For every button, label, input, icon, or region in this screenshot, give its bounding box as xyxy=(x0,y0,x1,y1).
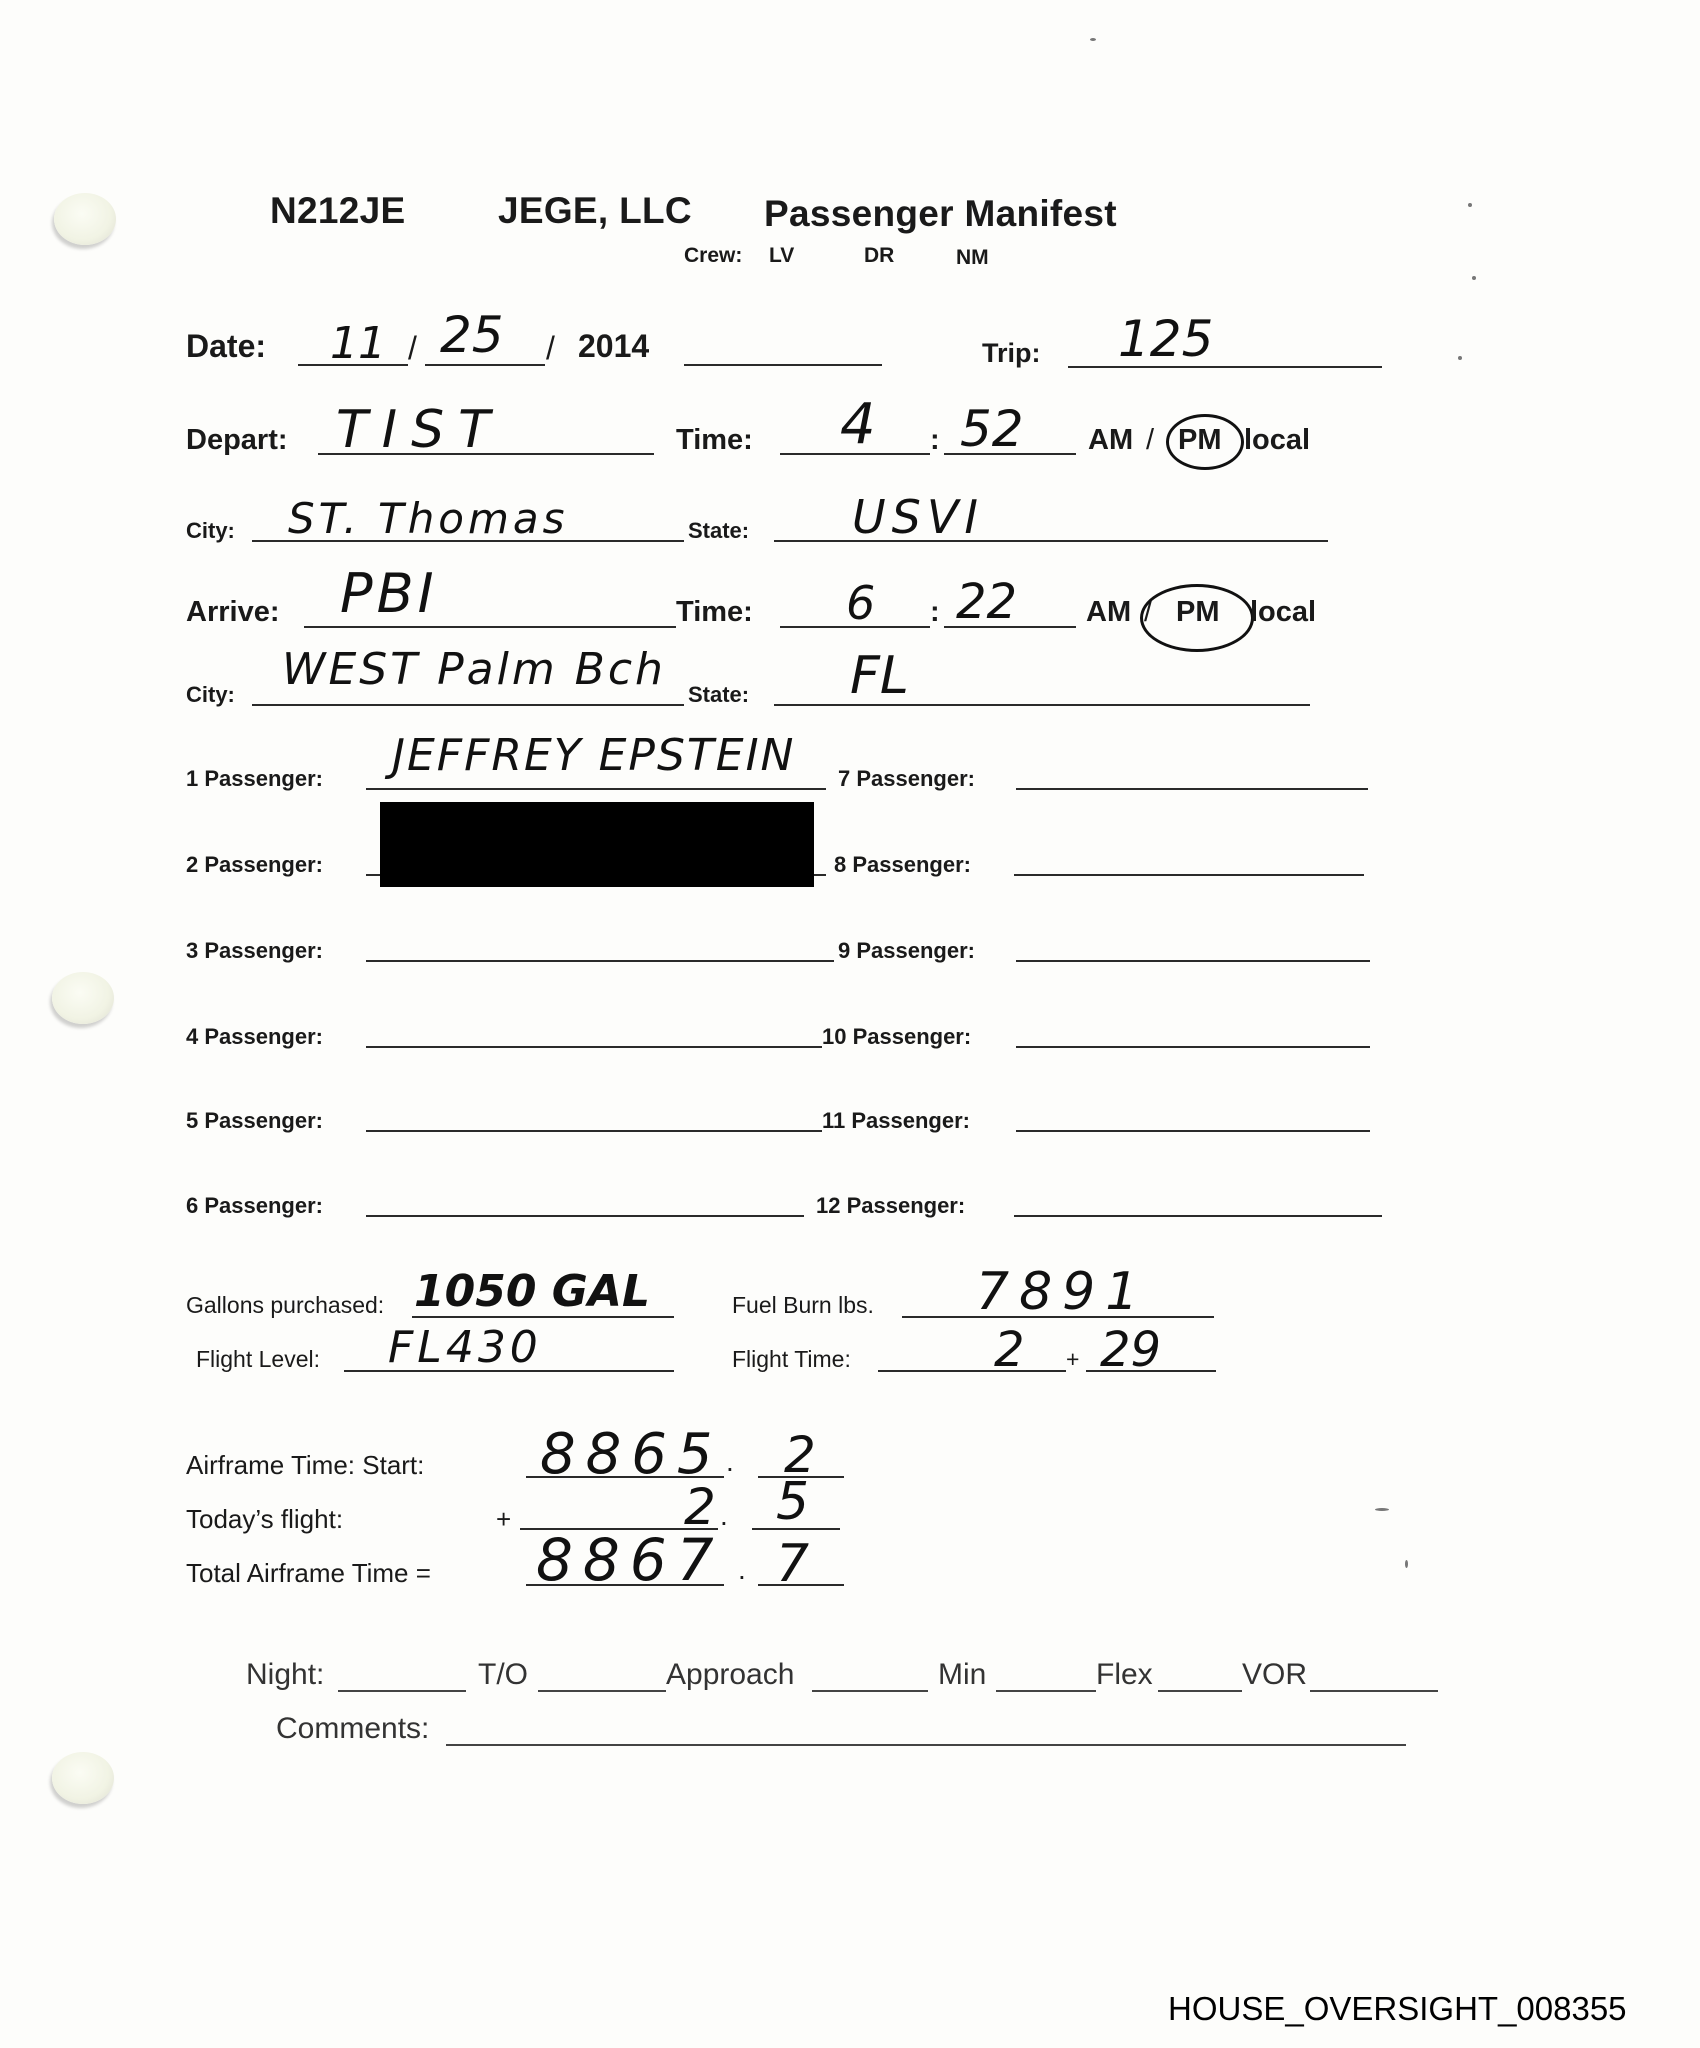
passenger-10-line xyxy=(1016,1046,1370,1048)
takeoff-line xyxy=(538,1690,666,1692)
passenger-10-label: 10 Passenger: xyxy=(822,1024,971,1050)
scan-speck xyxy=(1458,356,1462,360)
comments-label: Comments: xyxy=(276,1712,429,1746)
passenger-7-label: 7 Passenger: xyxy=(838,766,975,792)
date-label: Date: xyxy=(186,328,266,365)
trip-line xyxy=(1068,366,1382,368)
arrive-city-line xyxy=(252,704,684,706)
depart-city-label: City: xyxy=(186,518,235,544)
punch-hole-bottom xyxy=(52,1752,114,1804)
passenger-6-line xyxy=(366,1215,804,1217)
passenger-11-line xyxy=(1016,1130,1370,1132)
depart-minute-value[interactable]: 52 xyxy=(960,400,1024,458)
punch-hole-middle xyxy=(52,972,114,1024)
trip-label: Trip: xyxy=(982,338,1041,369)
arrive-hour-value[interactable]: 6 xyxy=(846,576,875,630)
passenger-2-redaction xyxy=(380,802,814,887)
total-airframe-tenth-value[interactable]: 7 xyxy=(776,1534,809,1594)
depart-am-option[interactable]: AM xyxy=(1088,424,1133,457)
arrive-state-value[interactable]: FL xyxy=(850,646,909,706)
depart-time-label: Time: xyxy=(676,424,753,457)
approach-line xyxy=(812,1690,928,1692)
airframe-start-label: Airframe Time: Start: xyxy=(186,1450,424,1481)
arrive-state-label: State: xyxy=(688,682,749,708)
arrive-minute-value[interactable]: 22 xyxy=(956,574,1017,630)
arrive-colon: : xyxy=(930,596,940,629)
flight-time-minutes-value[interactable]: 29 xyxy=(1100,1322,1161,1378)
passenger-2-label: 2 Passenger: xyxy=(186,852,323,878)
flight-time-label: Flight Time: xyxy=(732,1346,851,1373)
crew-member-2: DR xyxy=(864,244,894,268)
total-airframe-label: Total Airframe Time = xyxy=(186,1558,431,1589)
today-flight-label: Today’s flight: xyxy=(186,1504,343,1535)
scan-speck xyxy=(1090,38,1096,41)
date-separator: / xyxy=(408,330,417,367)
gallons-value[interactable]: 1050 GAL xyxy=(414,1266,650,1317)
passenger-5-line xyxy=(366,1130,822,1132)
flex-line xyxy=(1158,1690,1242,1692)
passenger-3-line xyxy=(366,960,834,962)
passenger-9-line xyxy=(1016,960,1370,962)
passenger-8-label: 8 Passenger: xyxy=(834,852,971,878)
night-label: Night: xyxy=(246,1658,324,1692)
total-airframe-whole-value[interactable]: 8867 xyxy=(536,1526,724,1594)
punch-hole-top xyxy=(54,193,116,245)
takeoff-label: T/O xyxy=(478,1658,528,1692)
crew-member-3: NM xyxy=(956,246,989,270)
depart-slash: / xyxy=(1146,424,1154,457)
passenger-4-label: 4 Passenger: xyxy=(186,1024,323,1050)
passenger-12-label: 12 Passenger: xyxy=(816,1193,965,1219)
passenger-11-label: 11 Passenger: xyxy=(822,1108,970,1134)
passenger-7-line xyxy=(1016,788,1368,790)
depart-airport-value[interactable]: TIST xyxy=(336,400,504,460)
passenger-6-label: 6 Passenger: xyxy=(186,1193,323,1219)
company-name: JEGE, LLC xyxy=(498,190,692,232)
today-flight-plus: + xyxy=(496,1504,511,1535)
flex-label: Flex xyxy=(1096,1658,1153,1692)
fuel-burn-value[interactable]: 7891 xyxy=(976,1262,1148,1322)
passenger-3-label: 3 Passenger: xyxy=(186,938,323,964)
flight-time-hours-line xyxy=(878,1370,1066,1372)
min-line xyxy=(996,1690,1096,1692)
arrive-airport-value[interactable]: PBI xyxy=(340,562,438,625)
date-day-line xyxy=(425,364,545,366)
depart-pm-selected-circle xyxy=(1166,414,1244,470)
passenger-4-line xyxy=(366,1046,822,1048)
arrive-time-label: Time: xyxy=(676,596,753,629)
comments-line xyxy=(446,1744,1406,1746)
date-year-line xyxy=(684,364,882,366)
flight-time-hours-value[interactable]: 2 xyxy=(994,1322,1025,1378)
arrive-line xyxy=(304,626,676,628)
depart-hour-value[interactable]: 4 xyxy=(840,392,876,457)
date-year: 2014 xyxy=(578,328,649,365)
arrive-city-value[interactable]: WEST Palm Bch xyxy=(282,644,666,695)
vor-line xyxy=(1310,1690,1438,1692)
date-month-value[interactable]: 11 xyxy=(330,318,386,369)
today-flight-tenth-value[interactable]: 5 xyxy=(776,1472,809,1532)
depart-label: Depart: xyxy=(186,424,288,457)
arrive-city-label: City: xyxy=(186,682,235,708)
gallons-label: Gallons purchased: xyxy=(186,1292,384,1319)
min-label: Min xyxy=(938,1658,986,1692)
airframe-start-dot: . xyxy=(726,1446,734,1478)
depart-local-label: local xyxy=(1244,424,1310,457)
passenger-1-value[interactable]: JEFFREY EPSTEIN xyxy=(392,730,795,781)
trip-value[interactable]: 125 xyxy=(1118,310,1213,368)
scan-speck xyxy=(1375,1508,1389,1511)
passenger-1-label: 1 Passenger: xyxy=(186,766,323,792)
passenger-8-line xyxy=(1014,874,1364,876)
depart-state-value[interactable]: USVI xyxy=(852,490,984,544)
scan-speck xyxy=(1405,1560,1408,1568)
approach-label: Approach xyxy=(666,1658,794,1692)
passenger-12-line xyxy=(1014,1215,1382,1217)
vor-label: VOR xyxy=(1242,1658,1307,1692)
flight-level-label: Flight Level: xyxy=(196,1346,320,1373)
depart-state-label: State: xyxy=(688,518,749,544)
depart-colon: : xyxy=(930,424,940,457)
arrive-local-label: local xyxy=(1250,596,1316,629)
scan-speck xyxy=(1472,276,1476,280)
fuel-burn-label: Fuel Burn lbs. xyxy=(732,1292,874,1319)
scan-speck xyxy=(1468,203,1472,207)
night-line xyxy=(338,1690,466,1692)
total-airframe-dot: . xyxy=(738,1554,746,1586)
crew-member-1: LV xyxy=(769,244,794,268)
passenger-9-label: 9 Passenger: xyxy=(838,938,975,964)
bates-number: HOUSE_OVERSIGHT_008355 xyxy=(1168,1990,1627,2028)
passenger-5-label: 5 Passenger: xyxy=(186,1108,323,1134)
passenger-1-line xyxy=(366,788,826,790)
date-day-value[interactable]: 25 xyxy=(440,306,504,364)
arrive-label: Arrive: xyxy=(186,596,280,629)
depart-city-value[interactable]: ST. Thomas xyxy=(288,494,569,543)
form-title: Passenger Manifest xyxy=(764,193,1117,235)
flight-time-plus: + xyxy=(1066,1346,1079,1373)
arrive-am-option[interactable]: AM xyxy=(1086,596,1131,629)
tail-number: N212JE xyxy=(270,190,406,232)
arrive-pm-selected-circle xyxy=(1140,584,1254,652)
date-separator: / xyxy=(546,330,555,367)
crew-label: Crew: xyxy=(684,244,742,268)
flight-level-value[interactable]: FL430 xyxy=(388,1322,542,1373)
